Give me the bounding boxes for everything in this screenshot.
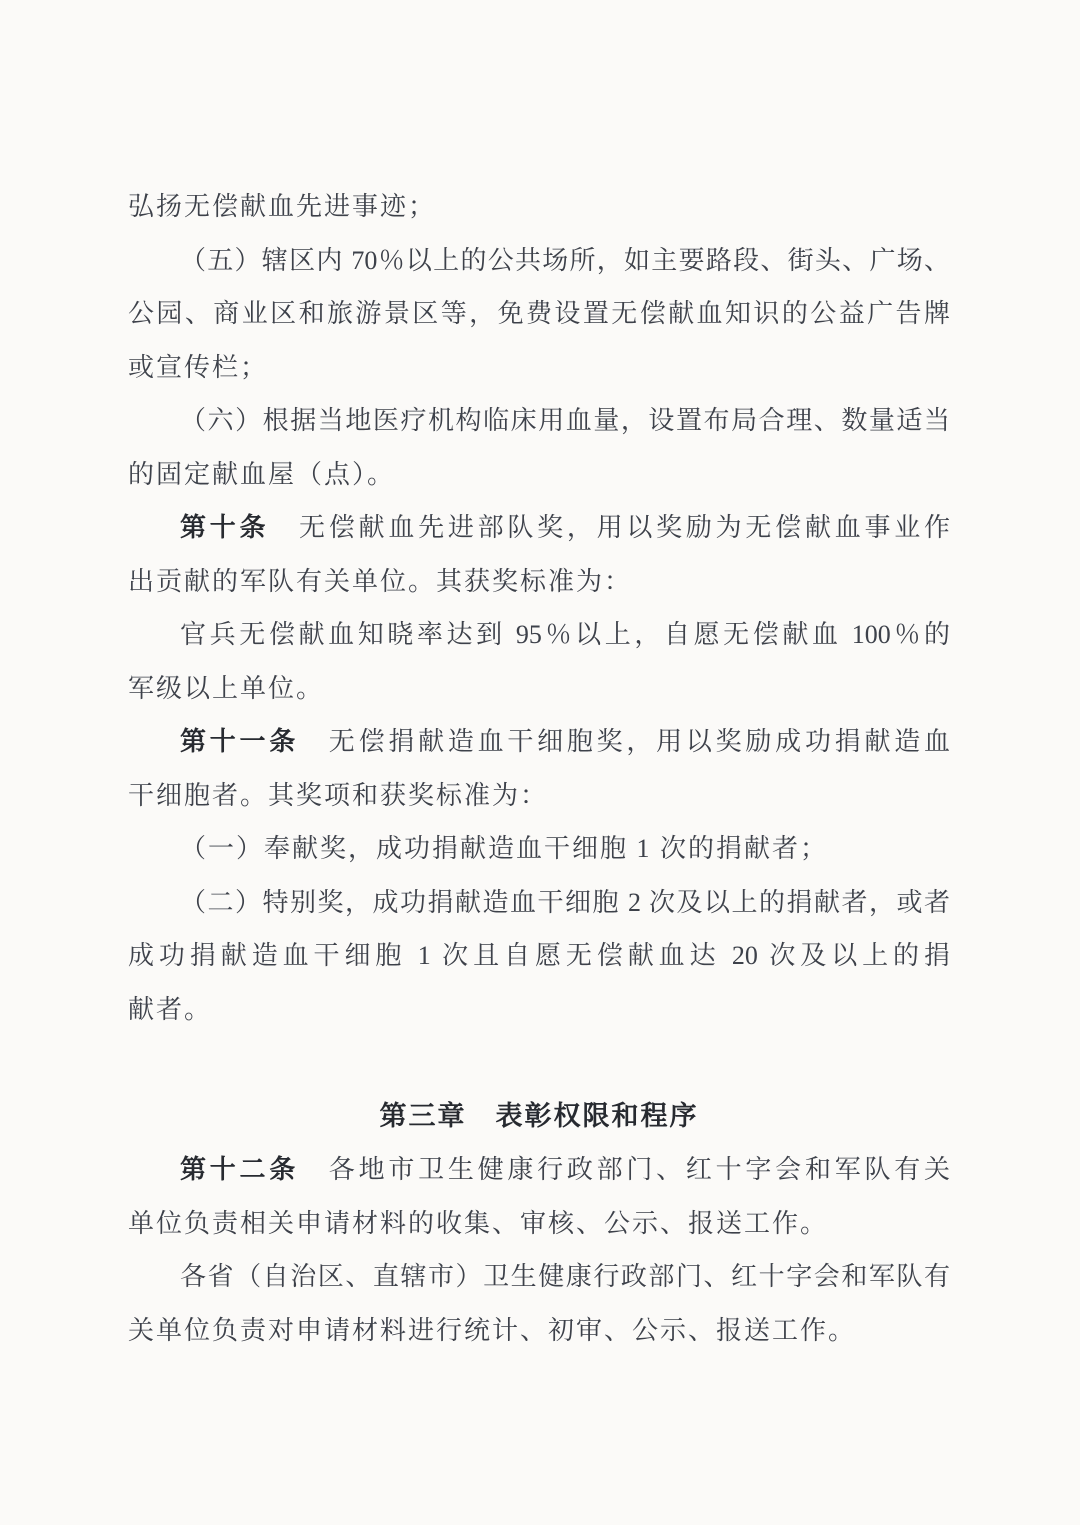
text-line: 干细胞者。其奖项和获奖标准为： (128, 769, 950, 823)
text-line: 弘扬无偿献血先进事迹； (128, 180, 950, 234)
text-line: 各省（自治区、直辖市）卫生健康行政部门、红十字会和军队有 (128, 1250, 950, 1304)
text-line: 的固定献血屋（点）。 (128, 448, 950, 502)
text-line: 或宣传栏； (128, 341, 950, 395)
text-line: 献者。 (128, 983, 950, 1037)
text-line: 成功捐献造血干细胞 1 次且自愿无偿献血达 20 次及以上的捐 (128, 929, 950, 983)
text-line: （五）辖区内 70％以上的公共场所，如主要路段、街头、广场、 (128, 234, 950, 288)
text-line: 单位负责相关申请材料的收集、审核、公示、报送工作。 (128, 1197, 950, 1251)
article-number: 第十条 (180, 513, 269, 543)
chapter-number: 第三章 (380, 1101, 467, 1132)
document-lines: 弘扬无偿献血先进事迹；（五）辖区内 70％以上的公共场所，如主要路段、街头、广场… (128, 180, 950, 1357)
text-line: 官兵无偿献血知晓率达到 95％以上，自愿无偿献血 100％的 (128, 608, 950, 662)
text-line: （一）奉献奖，成功捐献造血干细胞 1 次的捐献者； (128, 822, 950, 876)
text-line: 军级以上单位。 (128, 662, 950, 716)
article-line: 第十二条 各地市卫生健康行政部门、红十字会和军队有关 (128, 1143, 950, 1197)
text-line: （六）根据当地医疗机构临床用血量，设置布局合理、数量适当 (128, 394, 950, 448)
article-number: 第十一条 (180, 727, 299, 757)
article-line: 第十条 无偿献血先进部队奖，用以奖励为无偿献血事业作 (128, 501, 950, 555)
text-line: 出贡献的军队有关单位。其获奖标准为： (128, 555, 950, 609)
chapter-heading: 第三章 表彰权限和程序 (128, 1090, 950, 1144)
document-page: 弘扬无偿献血先进事迹；（五）辖区内 70％以上的公共场所，如主要路段、街头、广场… (0, 0, 1080, 1525)
article-number: 第十二条 (180, 1155, 299, 1185)
text-line: 公园、商业区和旅游景区等，免费设置无偿献血知识的公益广告牌 (128, 287, 950, 341)
text-line: （二）特别奖，成功捐献造血干细胞 2 次及以上的捐献者，或者 (128, 876, 950, 930)
text-line: 关单位负责对申请材料进行统计、初审、公示、报送工作。 (128, 1304, 950, 1358)
article-line: 第十一条 无偿捐献造血干细胞奖，用以奖励成功捐献造血 (128, 715, 950, 769)
